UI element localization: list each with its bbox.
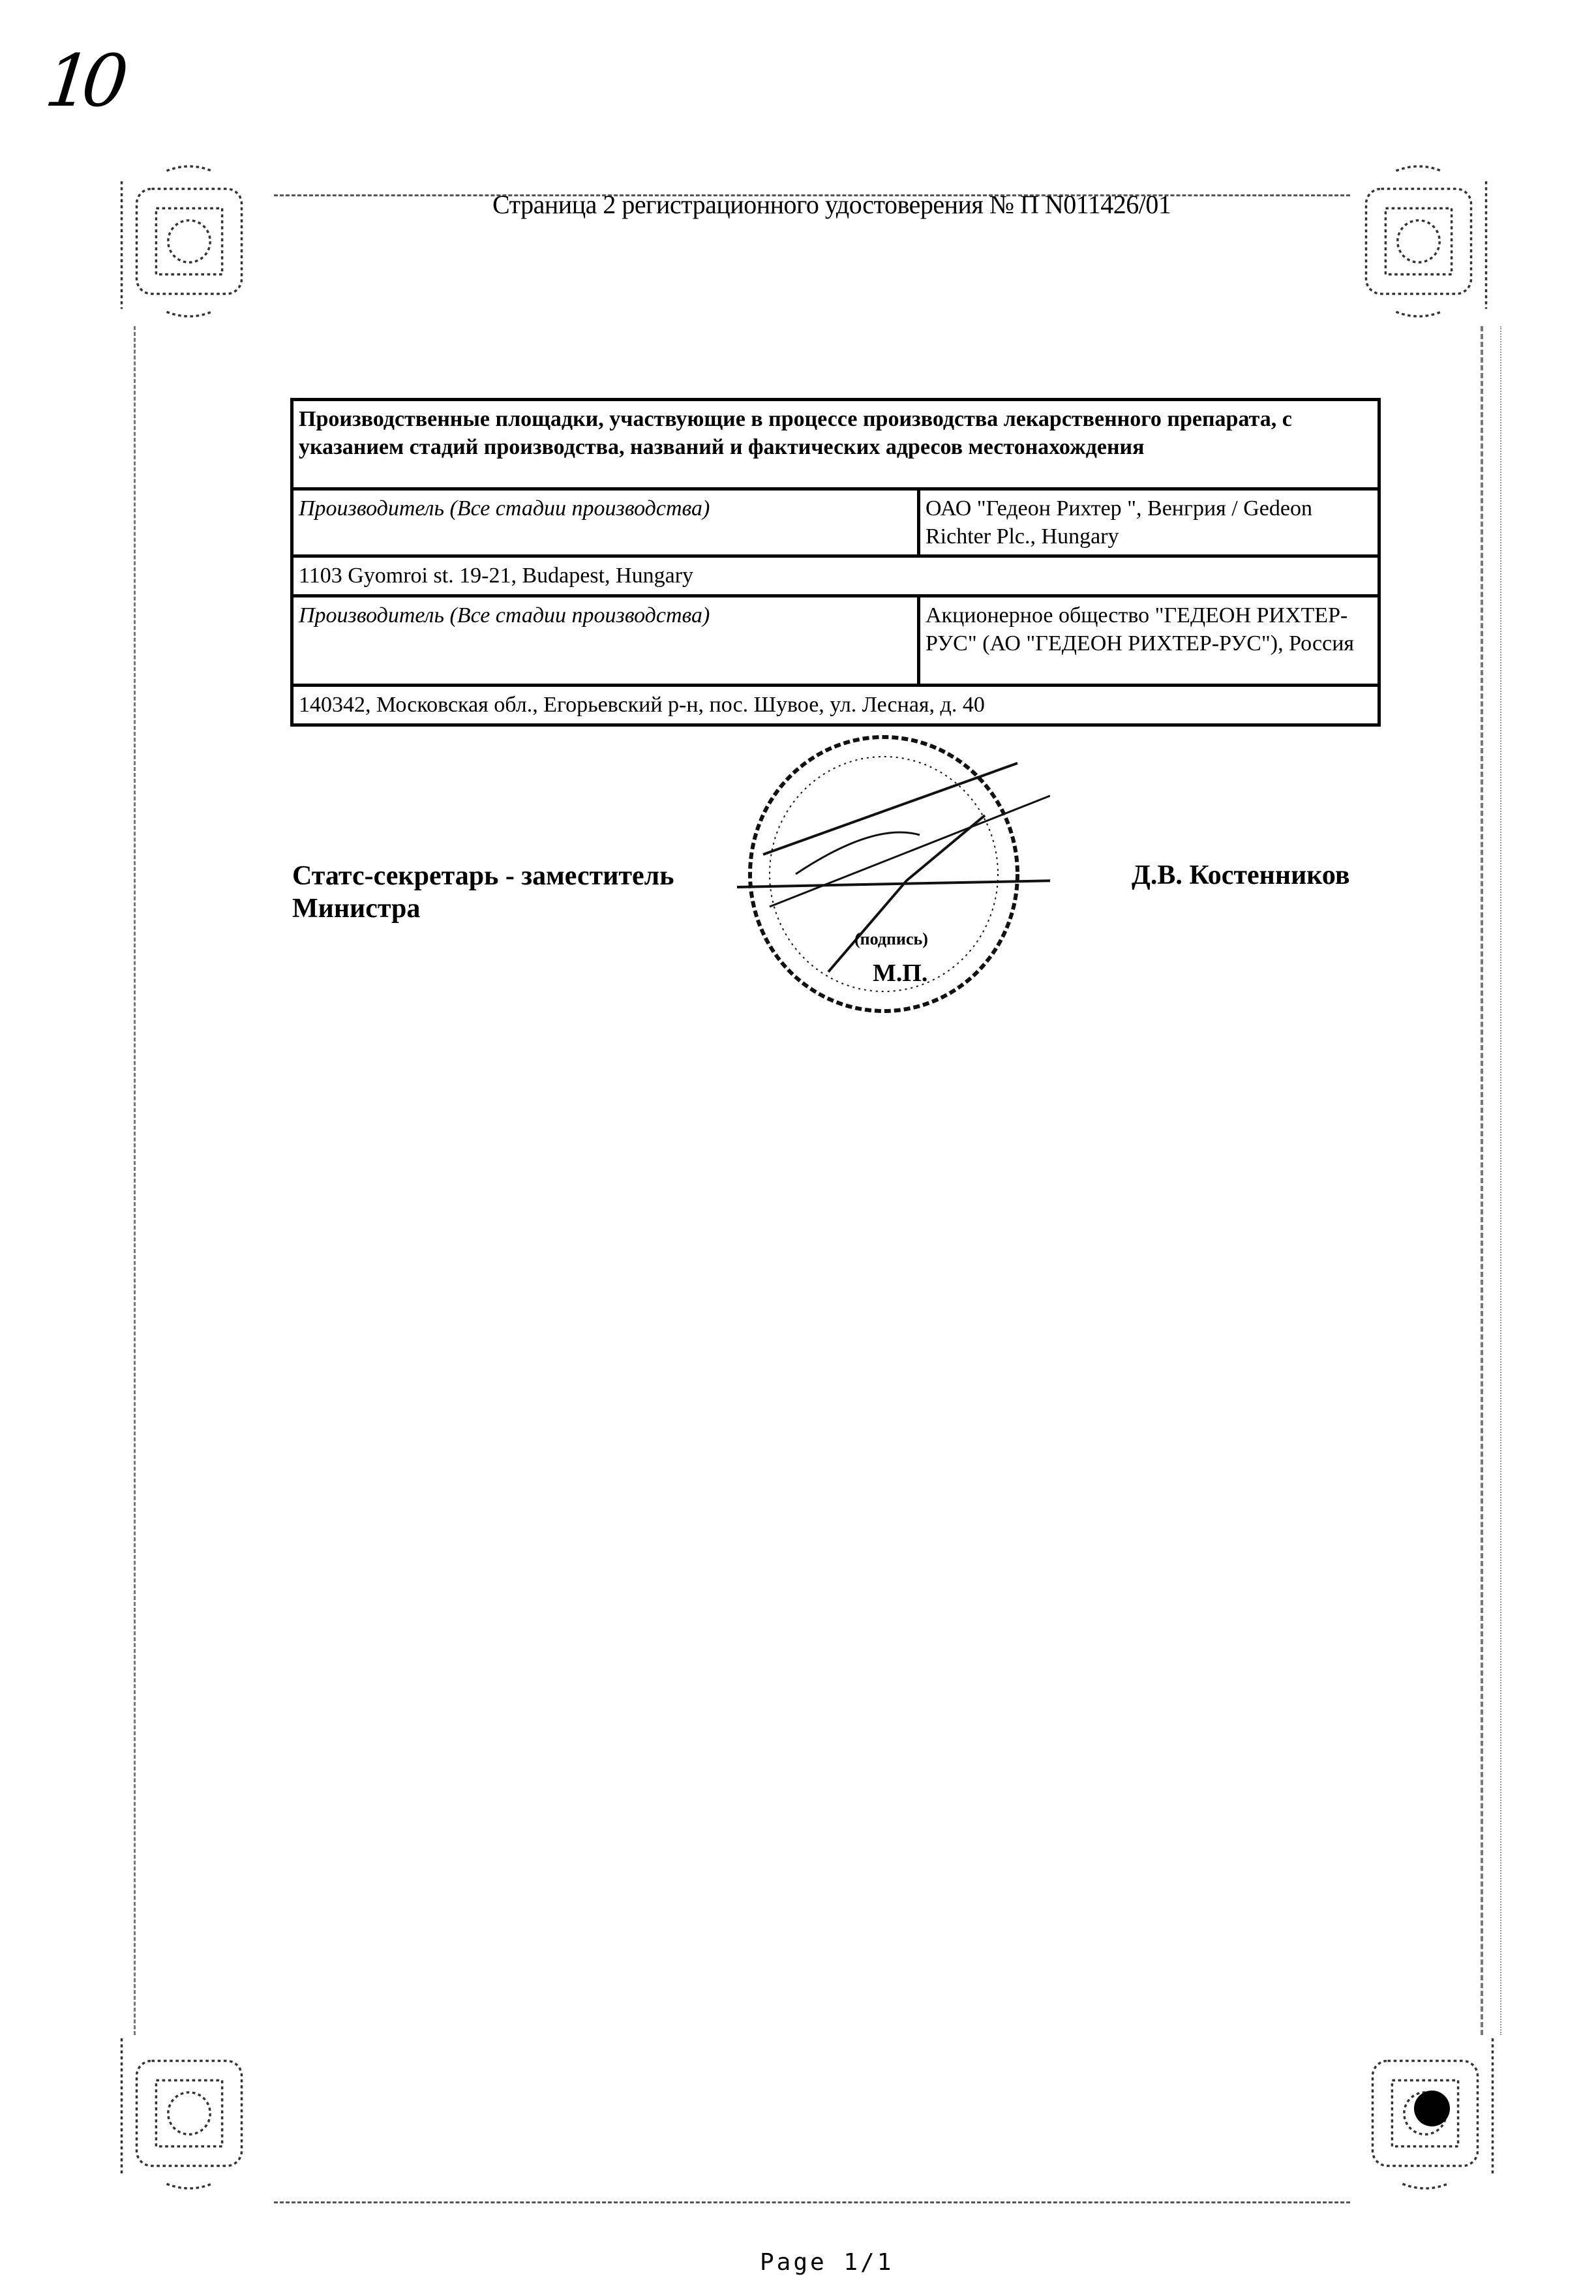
table-row: 140342, Московская обл., Егорьевский р-н…	[292, 686, 1379, 725]
production-sites-table: Производственные площадки, участвующие в…	[290, 398, 1381, 727]
manufacturer-role: Производитель (Все стадии производства)	[292, 489, 919, 556]
page-footer: Page 1/1	[760, 2249, 894, 2276]
table-row: 1103 Gyomroi st. 19-21, Budapest, Hungar…	[292, 556, 1379, 596]
signer-name: Д.В. Костенников	[1132, 860, 1350, 891]
border-left	[134, 326, 136, 2035]
official-seal-icon	[711, 724, 1050, 1037]
border-bottom	[274, 2201, 1350, 2203]
corner-ornament-top-right-icon	[1344, 157, 1494, 326]
manufacturer-name: ОАО "Гедеон Рихтер ", Венгрия / Gedeon R…	[919, 489, 1379, 556]
manufacturer-role: Производитель (Все стадии производства)	[292, 596, 919, 686]
border-right-inner	[1500, 326, 1501, 2035]
seal-label: М.П.	[873, 959, 927, 988]
corner-ornament-top-left-icon	[114, 157, 264, 326]
manufacturer-address: 1103 Gyomroi st. 19-21, Budapest, Hungar…	[292, 556, 1379, 596]
manufacturer-address: 140342, Московская обл., Егорьевский р-н…	[292, 686, 1379, 725]
signer-title-line2: Министра	[292, 892, 674, 925]
manufacturer-name: Акционерное общество "ГЕДЕОН РИХТЕР-РУС"…	[919, 596, 1379, 686]
page-header: Страница 2 регистрационного удостоверени…	[492, 189, 1171, 220]
table-row: Производитель (Все стадии производства) …	[292, 596, 1379, 686]
signer-title-line1: Статс-секретарь - заместитель	[292, 860, 674, 892]
table-header: Производственные площадки, участвующие в…	[292, 400, 1379, 489]
signer-title: Статс-секретарь - заместитель Министра	[292, 860, 674, 925]
handwritten-page-number: 10	[41, 39, 123, 123]
corner-ornament-bottom-left-icon	[114, 2029, 264, 2198]
signature-label: (подпись)	[854, 929, 928, 949]
border-right	[1481, 326, 1483, 2035]
table-row: Производитель (Все стадии производства) …	[292, 489, 1379, 556]
ink-blot-icon	[1414, 2091, 1450, 2126]
